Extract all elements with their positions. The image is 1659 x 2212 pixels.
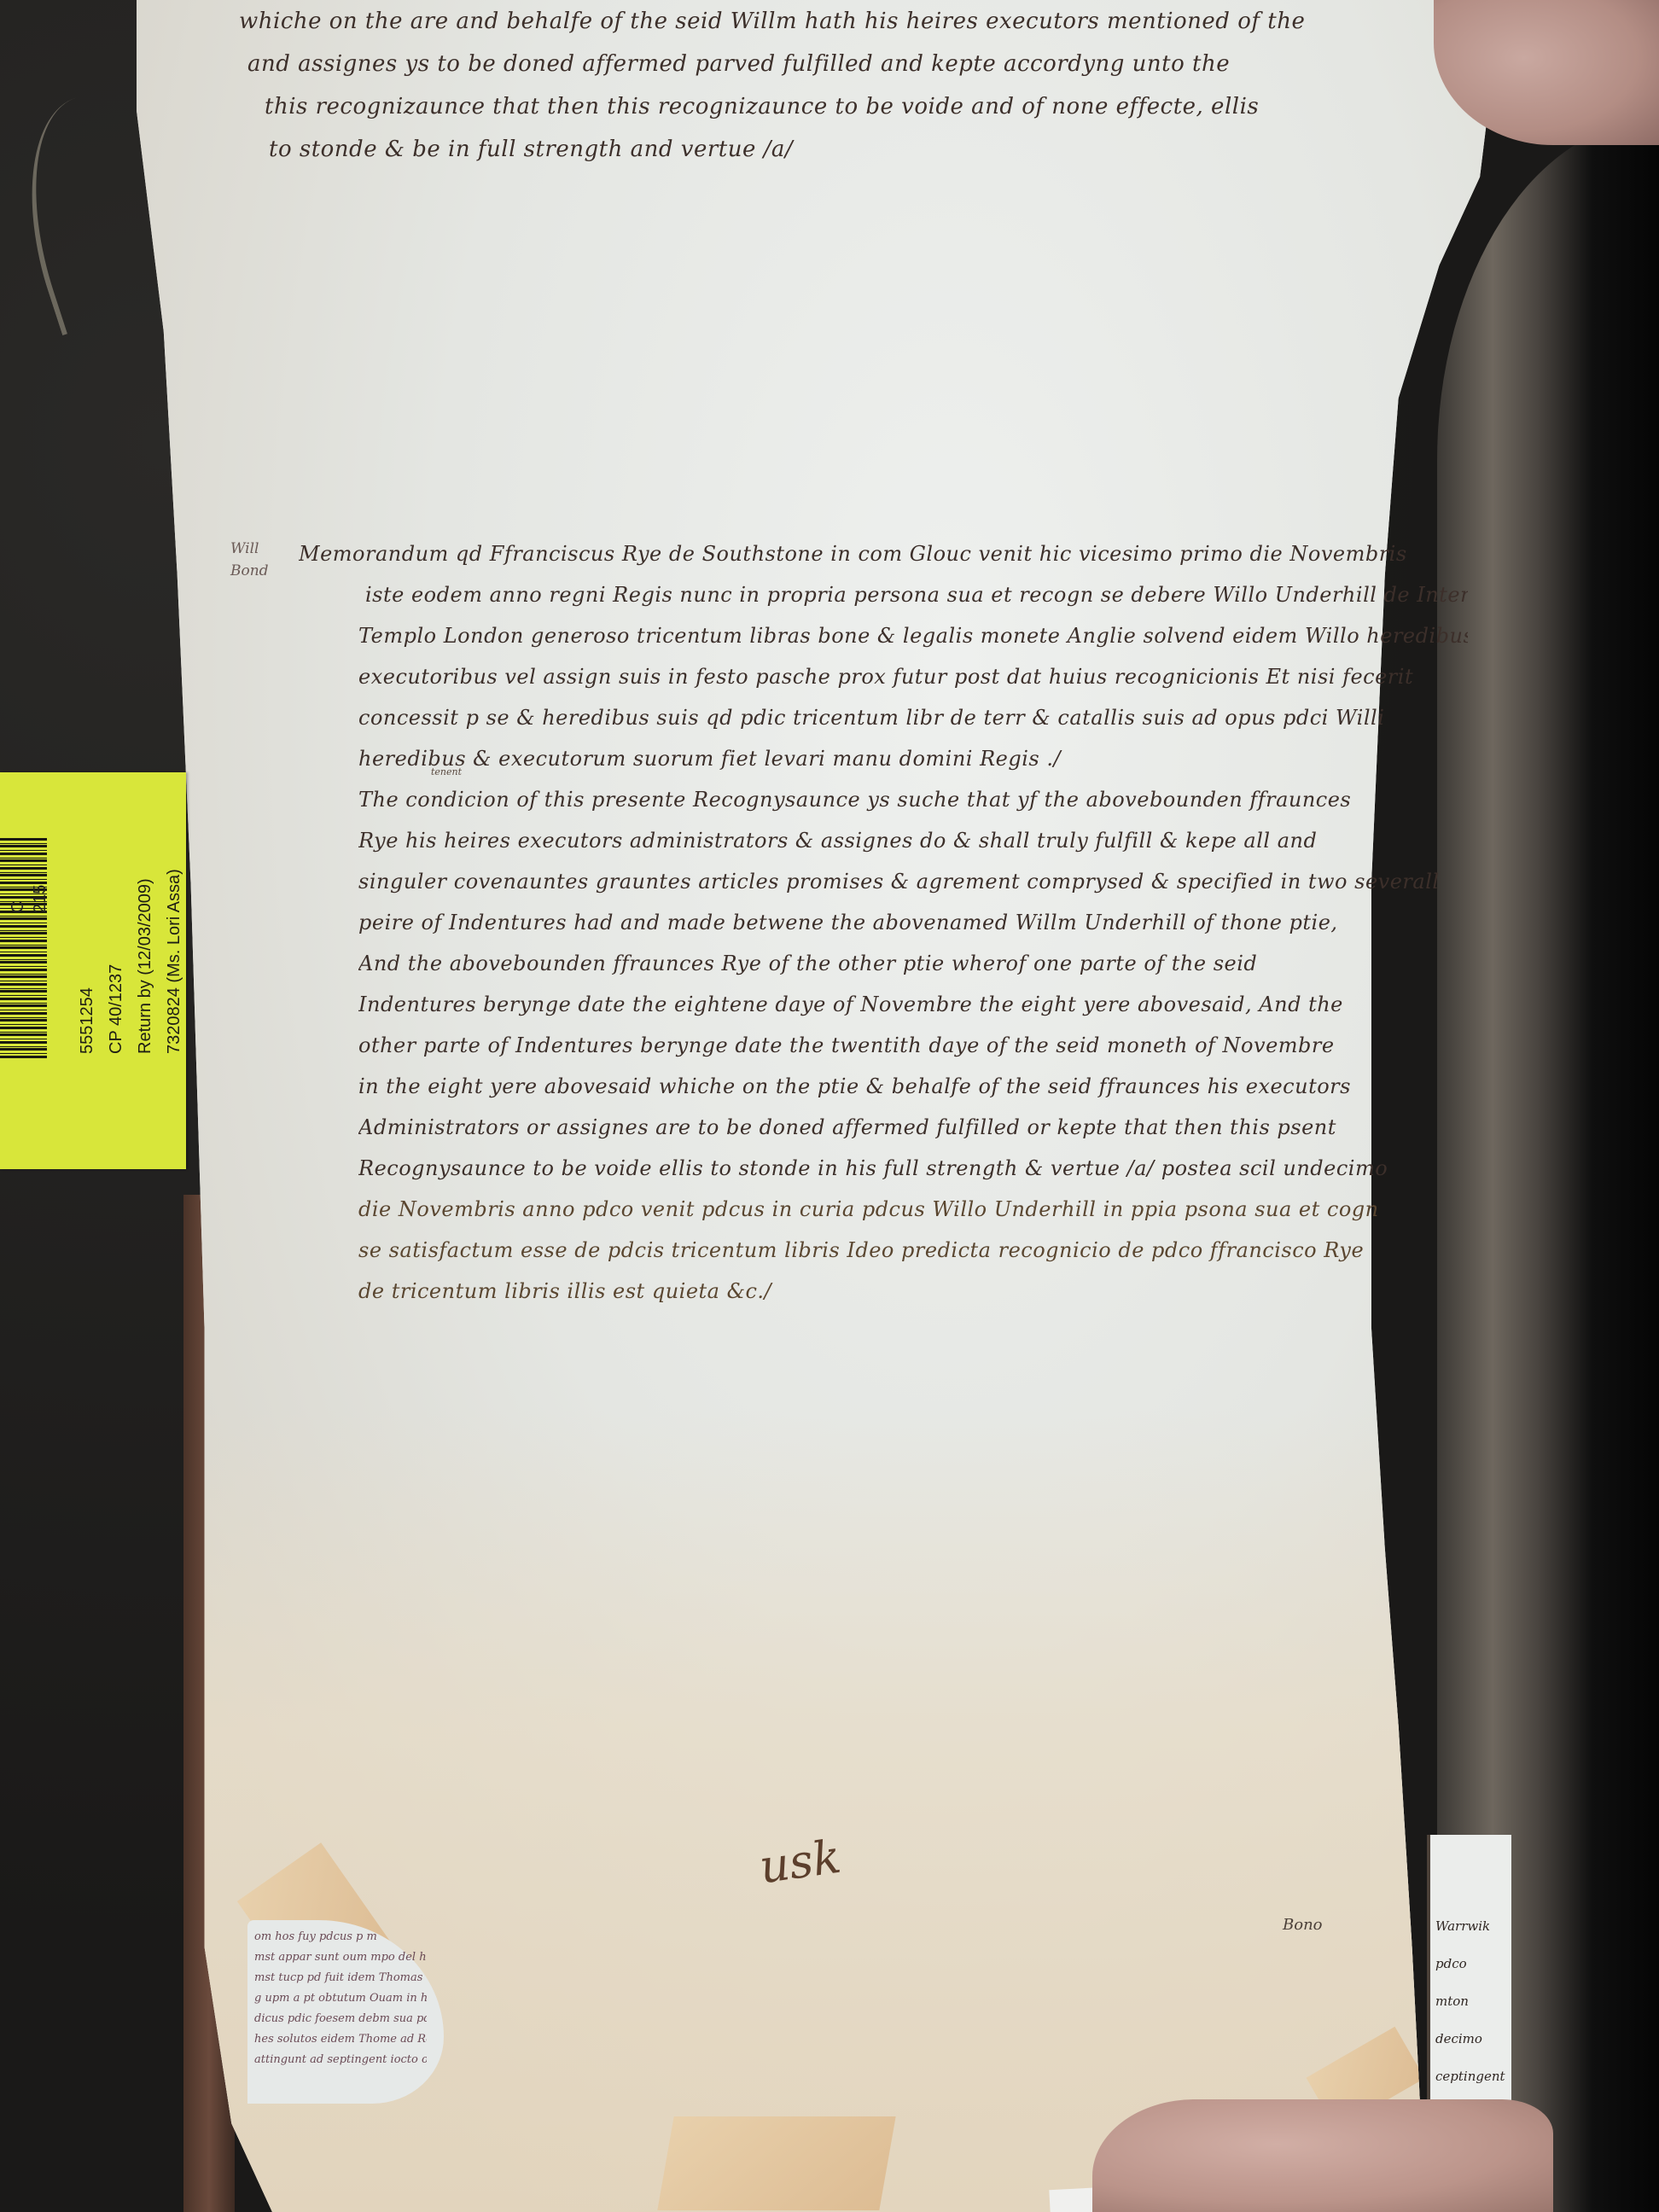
manuscript-line: de tricentum libris illis est quieta &c.… bbox=[358, 1271, 1468, 1312]
manuscript-line: Rye his heires executors administrators … bbox=[358, 820, 1468, 861]
clerk-signature: usk bbox=[756, 1830, 844, 1895]
side-strip-line: mton bbox=[1430, 1982, 1505, 2020]
fragment-line: mst tucp pd fuit idem Thomas bbox=[254, 1968, 427, 1988]
manuscript-line: Templo London generoso tricentum libras … bbox=[358, 615, 1468, 656]
fragment-line: om hos fuy pdcus p m bbox=[254, 1927, 427, 1947]
bottom-note: Bono bbox=[1283, 1916, 1323, 1934]
slip-code: 215 bbox=[29, 885, 51, 913]
holding-finger-bottom bbox=[1092, 2099, 1553, 2212]
manuscript-line: executoribus vel assign suis in festo pa… bbox=[358, 656, 1468, 697]
manuscript-line: and assignes ys to be doned affermed par… bbox=[247, 43, 1305, 85]
fragment-line: mst appar sunt oum mpo del h bbox=[254, 1947, 427, 1968]
fragment-line: hes solutos eidem Thome ad Recognit bbox=[254, 2029, 427, 2050]
slip-rotated-content: C 215 5551254 CP 40/1237 Return by (12/0… bbox=[0, 772, 186, 1169]
side-strip-line: Warrwik bbox=[1430, 1907, 1505, 1945]
slip-reader: 7320824 (Ms. Lori Assa) bbox=[160, 869, 189, 1054]
manuscript-line: Administrators or assignes are to be don… bbox=[358, 1107, 1468, 1148]
side-strip-line: decimo bbox=[1430, 2020, 1505, 2058]
slip-code: C bbox=[7, 885, 29, 913]
manuscript-line: other parte of Indentures berynge date t… bbox=[358, 1025, 1468, 1066]
manuscript-line: se satisfactum esse de pdcis tricentum l… bbox=[358, 1230, 1468, 1271]
manuscript-line: concessit p se & heredibus suis qd pdic … bbox=[358, 697, 1468, 738]
manuscript-line: Memorandum qd Ffranciscus Rye de Southst… bbox=[299, 533, 1468, 574]
manuscript-line: singuler covenauntes grauntes articles p… bbox=[358, 861, 1468, 902]
manuscript-line: heredibus & executorum suorum fiet levar… bbox=[358, 738, 1468, 779]
manuscript-top-block: whiche on the are and behalfe of the sei… bbox=[239, 0, 1305, 171]
slip-text: 5551254 CP 40/1237 Return by (12/03/2009… bbox=[73, 869, 189, 1054]
manuscript-line: The condicion of this presente Recognysa… bbox=[358, 779, 1468, 820]
side-strip-line: pdco bbox=[1430, 1945, 1505, 1982]
manuscript-line: iste eodem anno regni Regis nunc in prop… bbox=[365, 574, 1468, 615]
fragment-line: dicus pdic foesem debm sua pdic bbox=[254, 2009, 427, 2029]
manuscript-line: peire of Indentures had and made betwene… bbox=[358, 902, 1468, 943]
slip-document-id: 5551254 bbox=[73, 869, 102, 1054]
manuscript-line: in the eight yere abovesaid whiche on th… bbox=[358, 1066, 1468, 1107]
margin-note-line: Bond bbox=[230, 560, 269, 582]
slip-reference: CP 40/1237 bbox=[102, 869, 131, 1054]
side-strip-line: ceptingent bbox=[1430, 2058, 1505, 2095]
manuscript-line: whiche on the are and behalfe of the sei… bbox=[239, 0, 1305, 43]
slip-return-date: Return by (12/03/2009) bbox=[131, 869, 160, 1054]
margin-note: Will Bond bbox=[230, 538, 269, 582]
fragment-line: g upm a pt obtutum Ouam in hec p bbox=[254, 1988, 427, 2009]
torn-fragment: om hos fuy pdcus p m mst appar sunt oum … bbox=[247, 1920, 444, 2104]
photo-scene: whiche on the are and behalfe of the sei… bbox=[0, 0, 1659, 2212]
barcode bbox=[0, 836, 47, 1058]
manuscript-main-block: Memorandum qd Ffranciscus Rye de Southst… bbox=[358, 533, 1468, 1312]
manuscript-line: die Novembris anno pdco venit pdcus in c… bbox=[358, 1189, 1468, 1230]
repair-patch bbox=[657, 2116, 895, 2210]
manuscript-line: this recognizaunce that then this recogn… bbox=[265, 85, 1305, 128]
manuscript-line: to stonde & be in full strength and vert… bbox=[269, 128, 1305, 171]
fragment-text: om hos fuy pdcus p m mst appar sunt oum … bbox=[254, 1927, 427, 2070]
manuscript-line: And the abovebounden ffraunces Rye of th… bbox=[358, 943, 1468, 984]
manuscript-line: Indentures berynge date the eightene day… bbox=[358, 984, 1468, 1025]
archive-issue-slip: C 215 5551254 CP 40/1237 Return by (12/0… bbox=[0, 772, 186, 1169]
fragment-line: attingunt ad septingent iocto ob bbox=[254, 2050, 427, 2070]
margin-note-line: Will bbox=[230, 538, 269, 560]
manuscript-line: Recognysaunce to be voide ellis to stond… bbox=[358, 1148, 1468, 1189]
slip-side-codes: C 215 bbox=[7, 885, 51, 913]
